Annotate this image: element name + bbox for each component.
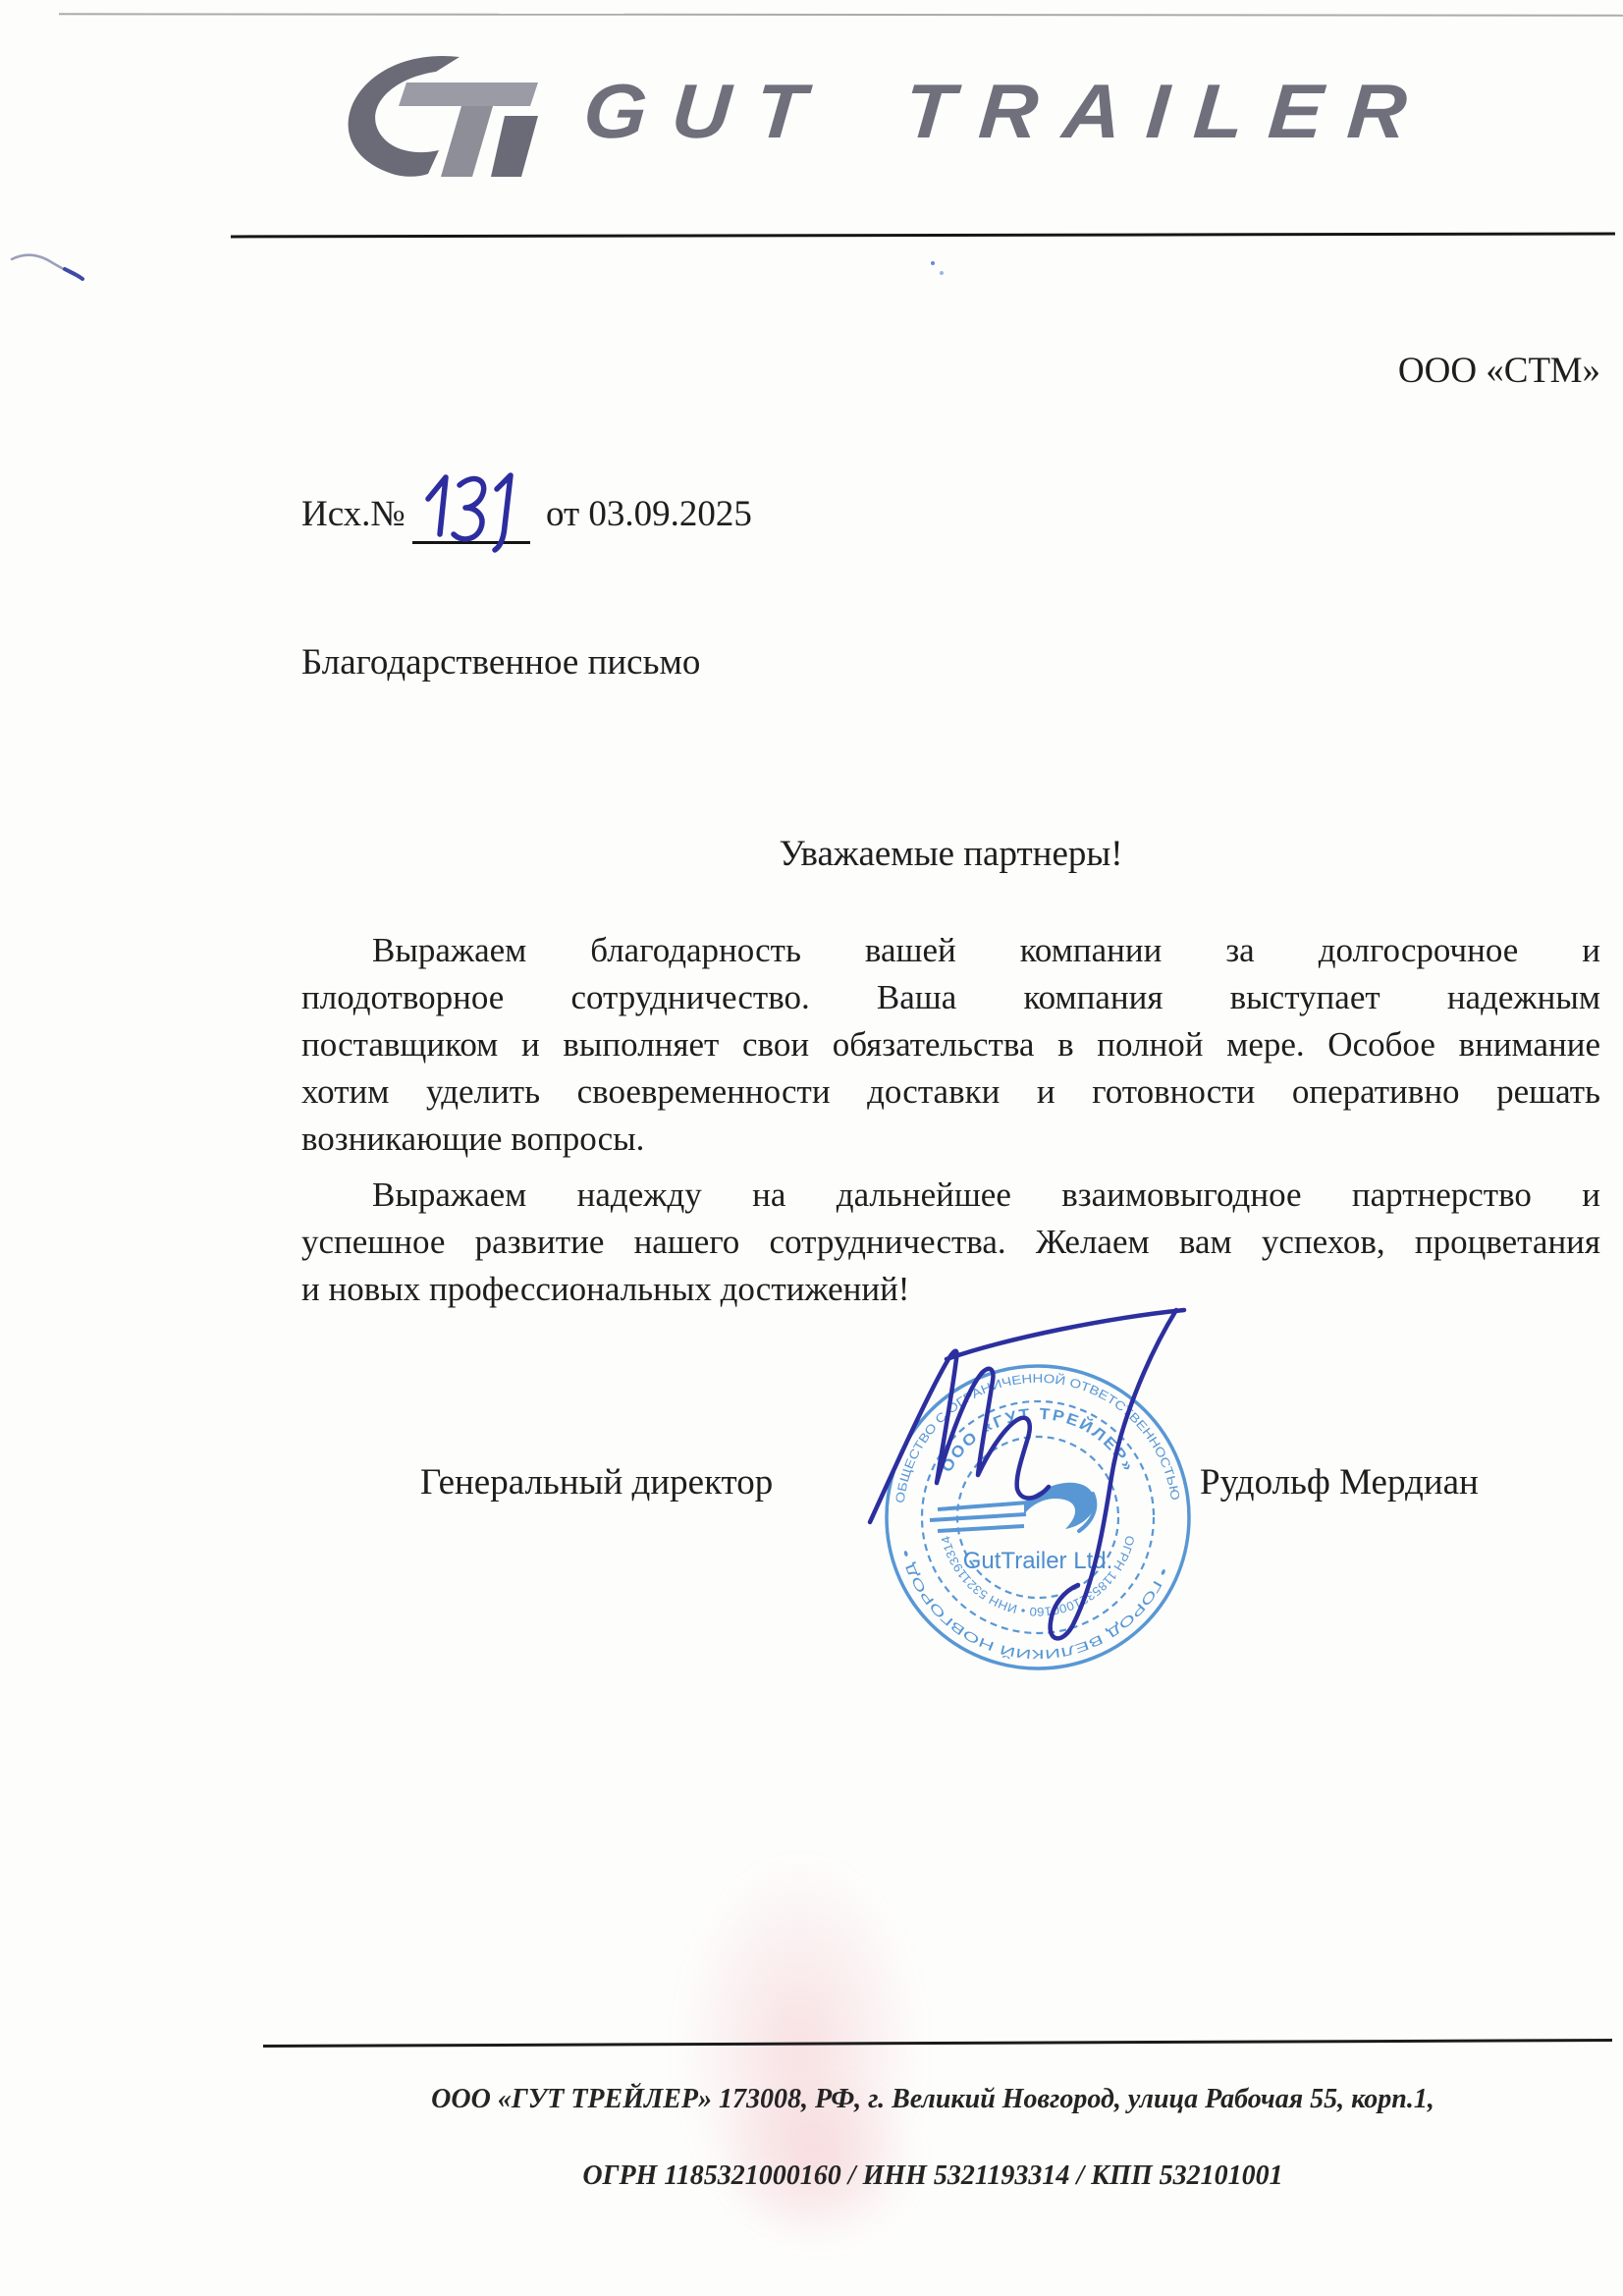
salutation: Уважаемые партнеры!: [301, 833, 1600, 875]
footer-registration-line: ОГРН 1185321000160 / ИНН 5321193314 / КП…: [245, 2160, 1620, 2192]
brand-wordmark: GUT TRAILER: [580, 67, 1434, 156]
letter-date: от 03.09.2025: [546, 493, 752, 535]
paragraph-line: поставщиком и выполняет свои обязательст…: [301, 1021, 1600, 1068]
scanned-letter-page: GUT TRAILER ООО «СТМ» Исх.№ 131 от 03.09…: [0, 0, 1623, 2296]
outgoing-ref-label: Исх.№: [301, 493, 406, 535]
ink-speck: [940, 271, 944, 275]
document-type-title: Благодарственное письмо: [301, 641, 700, 683]
signature: [852, 1298, 1255, 1701]
paragraph-line: Выражаем благодарность вашей компании за…: [301, 927, 1600, 974]
paragraph-line: успешное развитие нашего сотрудничества.…: [301, 1219, 1600, 1266]
ink-speck: [931, 261, 935, 265]
paragraph-1: Выражаем благодарность вашей компании за…: [301, 927, 1600, 1163]
footer-rule: [263, 2039, 1612, 2048]
paragraph-line: плодотворное сотрудничество. Ваша компан…: [301, 974, 1600, 1021]
scan-edge-artifact: [59, 13, 1623, 16]
footer-address-line: ООО «ГУТ ТРЕЙЛЕР» 173008, РФ, г. Великий…: [245, 2084, 1620, 2115]
signer-position-title: Генеральный директор: [420, 1461, 773, 1503]
paragraph-line: хотим уделить своевременности доставки и…: [301, 1068, 1600, 1116]
recipient-name: ООО «СТМ»: [1306, 350, 1600, 392]
paragraph-line: Выражаем надежду на дальнейшее взаимовыг…: [301, 1172, 1600, 1219]
paragraph-line: возникающие вопросы.: [301, 1116, 1600, 1163]
handwritten-ref-number: 131: [416, 469, 532, 556]
letterhead-rule: [231, 233, 1615, 239]
letter-body: Выражаем благодарность вашей компании за…: [301, 927, 1600, 1313]
pen-mark-icon: [8, 244, 90, 289]
footer: ООО «ГУТ ТРЕЙЛЕР» 173008, РФ, г. Великий…: [245, 2084, 1620, 2192]
paragraph-2: Выражаем надежду на дальнейшее взаимовыг…: [301, 1172, 1600, 1313]
gut-trailer-monogram-icon: [344, 51, 555, 181]
